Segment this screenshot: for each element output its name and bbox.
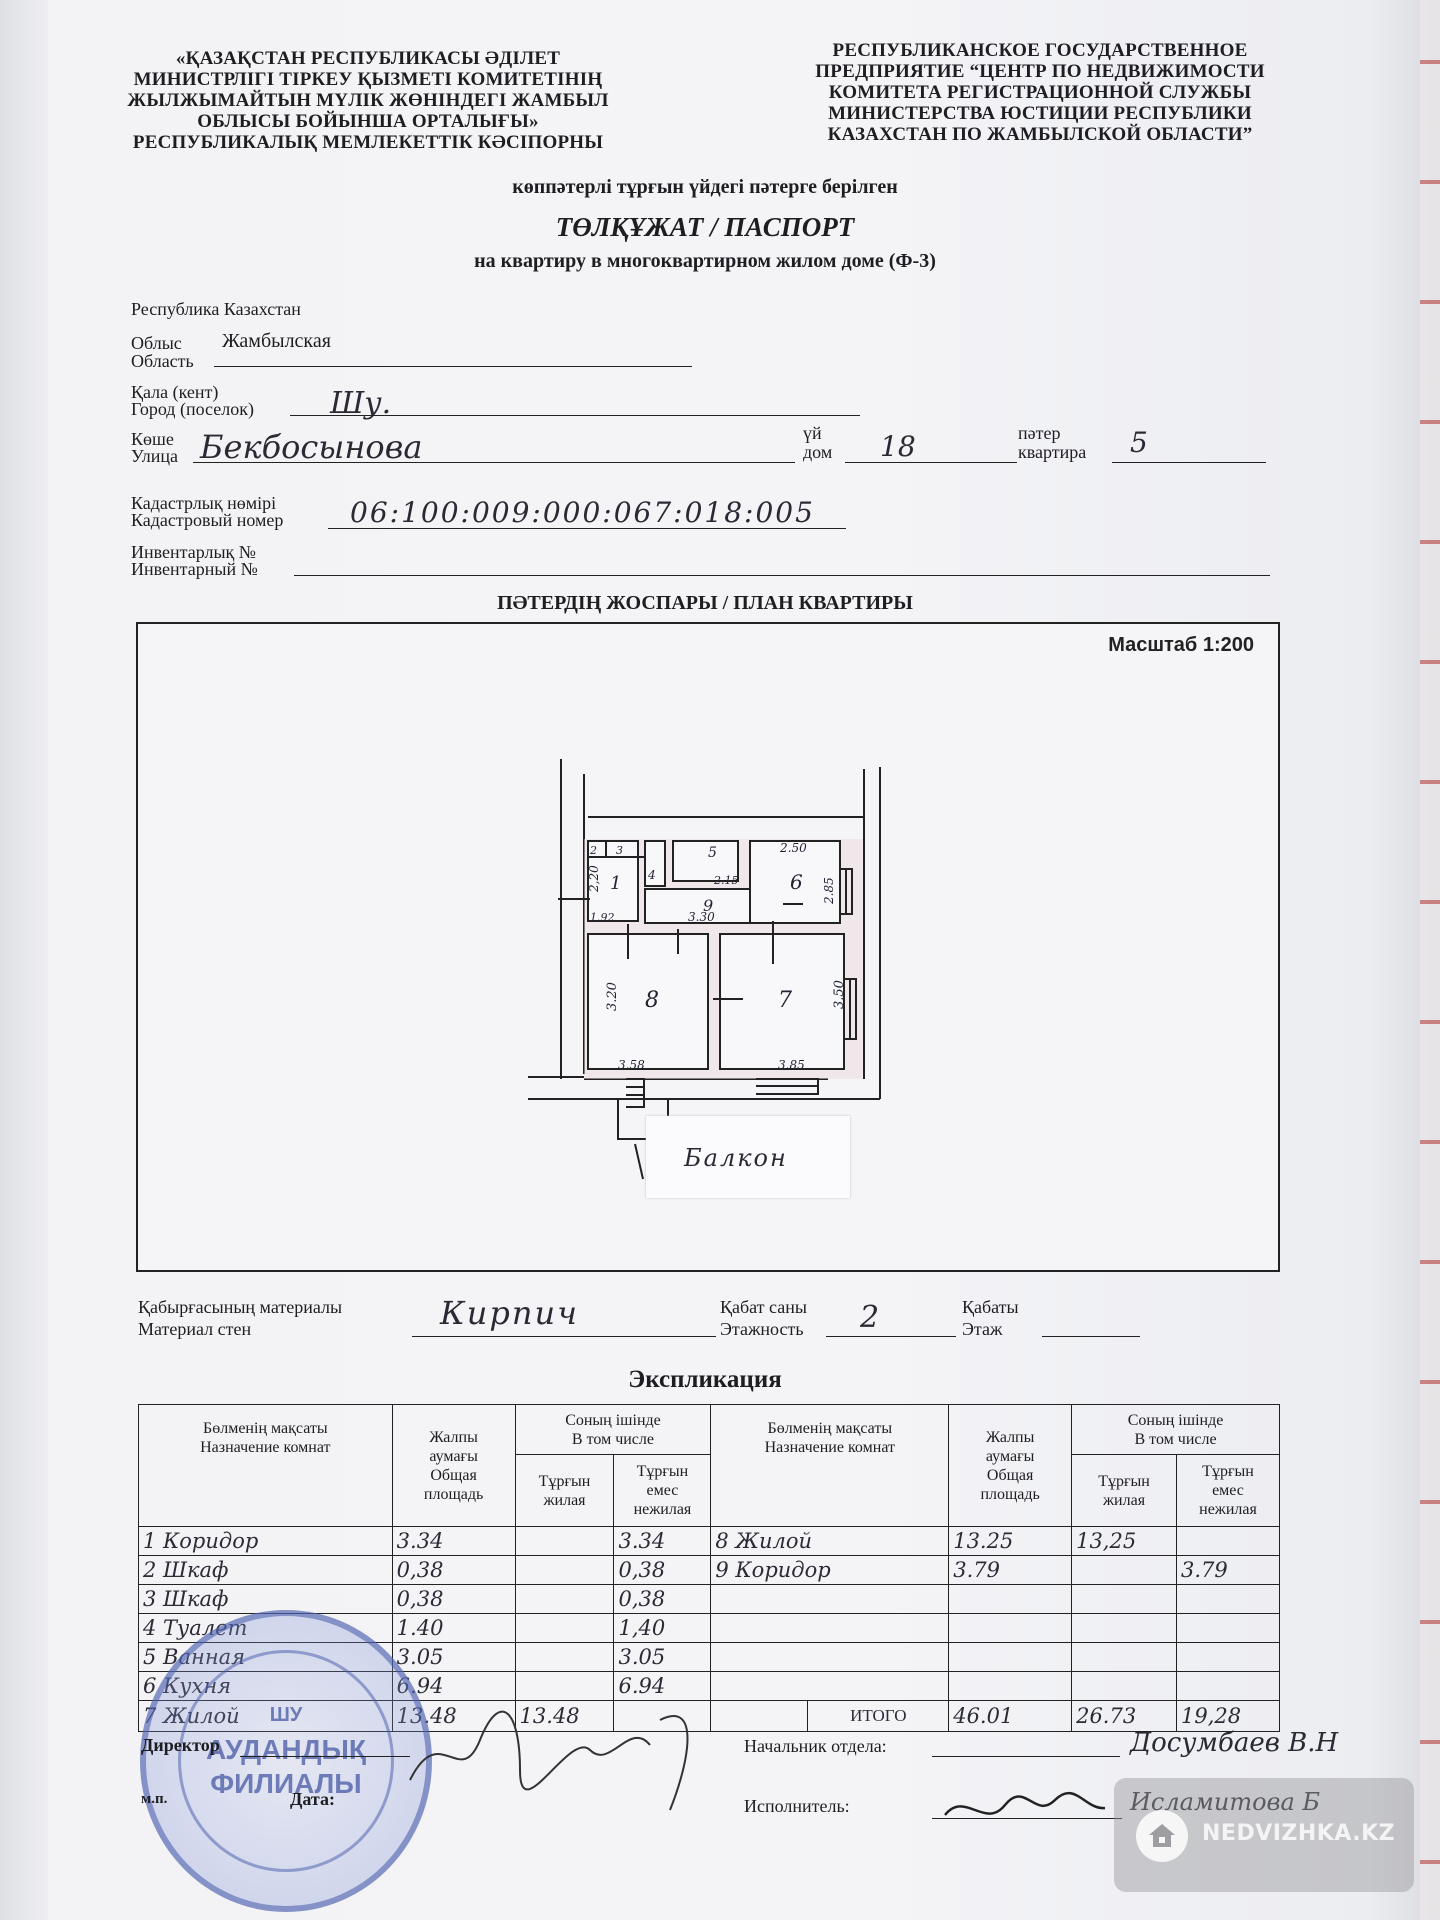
header-including: Соның ішінде В том числе	[515, 1405, 711, 1455]
apt-label-kz: пәтер	[1018, 424, 1060, 442]
cell-nonliving-area	[1177, 1643, 1280, 1672]
svg-text:3.30: 3.30	[688, 910, 715, 924]
header-right: РЕСПУБЛИКАНСКОЕ ГОСУДАРСТВЕННОЕ ПРЕДПРИЯ…	[800, 40, 1280, 145]
header-right-line: КАЗАХСТАН ПО ЖАМБЫЛСКОЙ ОБЛАСТИ”	[800, 124, 1280, 145]
floor-label-ru: Этаж	[962, 1320, 1002, 1338]
page-fold-edge	[0, 0, 48, 1920]
table-row: 1 Коридор3.343.348 Жилой13.2513,25	[139, 1527, 1280, 1556]
house-value: 18	[880, 430, 916, 463]
cell-room	[711, 1614, 949, 1643]
header-nonliving: Тұрғын емес нежилая	[614, 1455, 711, 1527]
plan-scale: Масштаб 1:200	[1108, 634, 1254, 657]
cell-living-area	[1072, 1672, 1177, 1701]
document-title: ТӨЛҚҰЖАТ / ПАСПОРТ	[0, 212, 1410, 243]
svg-text:3.85: 3.85	[778, 1058, 805, 1072]
total-label: ИТОГО	[808, 1701, 948, 1731]
cell-living-area	[1072, 1614, 1177, 1643]
floor-line	[1042, 1336, 1140, 1337]
header-right-line: МИНИСТЕРСТВА ЮСТИЦИИ РЕСПУБЛИКИ	[800, 103, 1280, 124]
head-of-department-name: Досумбаев В.Н	[1130, 1728, 1338, 1758]
header-left-line: ЖЫЛЖЫМАЙТЫН МҮЛІК ЖӨНІНДЕГІ ЖАМБЫЛ	[118, 90, 618, 111]
cell-living-area	[515, 1527, 614, 1556]
cell-nonliving-area: 3.05	[614, 1643, 711, 1672]
header-left-line: ОБЛЫСЫ БОЙЫНША ОРТАЛЫҒЫ»	[118, 111, 618, 132]
table-row: 2 Шкаф0,380,389 Коридор3.793.79	[139, 1556, 1280, 1585]
cell-nonliving-area	[1177, 1614, 1280, 1643]
wall-material-line	[412, 1336, 716, 1337]
title-subtitle-ru: на квартиру в многоквартирном жилом доме…	[0, 250, 1410, 273]
cell-nonliving-area: 6.94	[614, 1672, 711, 1701]
street-label-ru: Улица	[131, 447, 178, 465]
cadastral-value: 06:100:009:000:067:018:005	[350, 496, 815, 529]
header-living: Тұрғын жилая	[515, 1455, 614, 1527]
cell-living-area	[515, 1585, 614, 1614]
cell-nonliving-area: 0,38	[614, 1556, 711, 1585]
cell-total-area: 3.05	[392, 1643, 515, 1672]
svg-text:5: 5	[708, 845, 717, 861]
cell-room: 2 Шкаф	[139, 1556, 393, 1585]
cell-room: 1 Коридор	[139, 1527, 393, 1556]
inventory-label-ru: Инвентарный №	[131, 560, 258, 578]
svg-text:2,20: 2,20	[587, 865, 601, 893]
house-icon	[1148, 1822, 1176, 1848]
city-label-ru: Город (поселок)	[131, 400, 254, 418]
total-nonliving-sum: 19,28	[1177, 1701, 1280, 1732]
header-total-area: Жалпы аумағы Общая площадь	[949, 1405, 1072, 1527]
inventory-line	[294, 575, 1270, 576]
floors-value: 2	[860, 1300, 879, 1335]
director-label: Директор	[141, 1736, 220, 1754]
cell-nonliving-area	[1177, 1672, 1280, 1701]
cell-room	[711, 1643, 949, 1672]
watermark: NEDVIZHKA.KZ	[1114, 1778, 1414, 1892]
title-subtitle-kz: көппәтерлі тұрғын үйдегі пәтерге берілге…	[0, 176, 1410, 199]
svg-text:8: 8	[645, 988, 659, 1013]
plan-title: ПӘТЕРДІҢ ЖОСПАРЫ / ПЛАН КВАРТИРЫ	[0, 592, 1410, 615]
cell-total-area: 0,38	[392, 1556, 515, 1585]
cell-nonliving-area: 3.34	[614, 1527, 711, 1556]
cell-nonliving-area	[1177, 1585, 1280, 1614]
header-left-line: МИНИСТРЛІГІ ТІРКЕУ ҚЫЗМЕТІ КОМИТЕТІНІҢ	[118, 69, 618, 90]
house-label-ru: дом	[803, 443, 832, 461]
explication-title: Экспликация	[0, 1366, 1410, 1394]
cell-total-area	[949, 1672, 1072, 1701]
cell-total-area: 0,38	[392, 1585, 515, 1614]
cell-room	[711, 1672, 949, 1701]
svg-text:2: 2	[589, 844, 597, 857]
executor-signature	[935, 1780, 1115, 1840]
svg-text:3.50: 3.50	[832, 980, 847, 1009]
cell-room: 9 Коридор	[711, 1556, 949, 1585]
header-left-line: РЕСПУБЛИКАЛЫҚ МЕМЛЕКЕТТІК КӘСІПОРНЫ	[118, 132, 618, 153]
cell-living-area	[515, 1643, 614, 1672]
cell-nonliving-area: 0,38	[614, 1585, 711, 1614]
official-stamp: ШУ АУДАНДЫҚ ФИЛИАЛЫ	[140, 1610, 432, 1912]
cadastral-line	[328, 528, 846, 529]
cell-nonliving-area: 3.79	[1177, 1556, 1280, 1585]
cell-total-area: 3.79	[949, 1556, 1072, 1585]
wall-material-label-ru: Материал стен	[138, 1320, 251, 1338]
floors-line	[826, 1336, 956, 1337]
region-value: Жамбылская	[222, 330, 331, 353]
header-right-line: РЕСПУБЛИКАНСКОЕ ГОСУДАРСТВЕННОЕ	[800, 40, 1280, 61]
cell-room: 3 Шкаф	[139, 1585, 393, 1614]
cell-nonliving-area	[1177, 1527, 1280, 1556]
cell-living-area: 13,25	[1072, 1527, 1177, 1556]
balcony-note: Балкон	[684, 1144, 788, 1172]
stamp-text: ШУ	[146, 1704, 426, 1727]
header-nonliving: Тұрғын емес нежилая	[1177, 1455, 1280, 1527]
svg-text:6: 6	[790, 870, 803, 894]
header-right-line: ПРЕДПРИЯТИЕ “ЦЕНТР ПО НЕДВИЖИМОСТИ	[800, 61, 1280, 82]
table-row: 3 Шкаф0,380,38	[139, 1585, 1280, 1614]
plan-room-number: 1	[610, 873, 621, 894]
svg-text:4: 4	[647, 868, 656, 882]
mp-label: м.п.	[141, 1790, 167, 1808]
svg-text:2.85: 2.85	[822, 877, 836, 905]
executor-label: Исполнитель:	[744, 1797, 850, 1815]
date-label: Дата:	[290, 1790, 335, 1808]
street-line	[193, 462, 795, 463]
wall-material-value: Кирпич	[440, 1294, 579, 1332]
region-line	[214, 366, 692, 367]
director-signature	[400, 1700, 760, 1830]
header-left-line: «ҚАЗАҚСТАН РЕСПУБЛИКАСЫ ӘДІЛЕТ	[118, 48, 618, 69]
header-including: Соның ішінде В том числе	[1072, 1405, 1280, 1455]
header-purpose: Бөлменің мақсаты Назначение комнат	[711, 1405, 949, 1527]
svg-text:2.50: 2.50	[779, 841, 807, 855]
svg-text:3: 3	[616, 844, 623, 857]
house-label-kz: үй	[803, 424, 822, 442]
cell-living-area	[515, 1614, 614, 1643]
city-line	[290, 415, 860, 416]
background-edge	[1420, 0, 1440, 1920]
cell-room: 8 Жилой	[711, 1527, 949, 1556]
cell-total-area: 13.25	[949, 1527, 1072, 1556]
cell-room	[711, 1585, 949, 1614]
head-of-department-line	[932, 1756, 1120, 1757]
header-living: Тұрғын жилая	[1072, 1455, 1177, 1527]
header-total-area: Жалпы аумағы Общая площадь	[392, 1405, 515, 1527]
stamp-text: ФИЛИАЛЫ	[146, 1768, 426, 1800]
svg-text:7: 7	[778, 988, 792, 1013]
total-area-sum: 46.01	[949, 1701, 1072, 1732]
cell-living-area	[1072, 1643, 1177, 1672]
region-label-kz: Облыс	[131, 334, 182, 352]
cell-living-area	[515, 1556, 614, 1585]
header-purpose: Бөлменің мақсаты Назначение комнат	[139, 1405, 393, 1527]
floor-label-kz: Қабаты	[962, 1298, 1019, 1316]
cell-total-area	[949, 1643, 1072, 1672]
cell-total-area: 3.34	[392, 1527, 515, 1556]
cell-total-area	[949, 1614, 1072, 1643]
street-value: Бекбосынова	[200, 428, 422, 466]
floors-label-ru: Этажность	[720, 1320, 804, 1338]
header-left: «ҚАЗАҚСТАН РЕСПУБЛИКАСЫ ӘДІЛЕТ МИНИСТРЛІ…	[118, 48, 618, 153]
balcony-note-paper: Балкон	[646, 1116, 850, 1198]
head-of-department-label: Начальник отдела:	[744, 1737, 887, 1755]
svg-text:1.92: 1.92	[590, 911, 615, 924]
floors-label-kz: Қабат саны	[720, 1298, 807, 1316]
cadastral-label-ru: Кадастровый номер	[131, 511, 283, 529]
cell-total-area	[949, 1585, 1072, 1614]
cell-living-area	[1072, 1556, 1177, 1585]
header-right-line: КОМИТЕТА РЕГИСТРАЦИОННОЙ СЛУЖБЫ	[800, 82, 1280, 103]
cell-living-area	[515, 1672, 614, 1701]
cell-total-area: 1.40	[392, 1614, 515, 1643]
total-living-sum: 26.73	[1072, 1701, 1177, 1732]
apt-label-ru: квартира	[1018, 443, 1086, 461]
watermark-text: NEDVIZHKA.KZ	[1202, 1821, 1395, 1846]
floor-plan-box: Масштаб 1:200	[136, 622, 1280, 1272]
director-line	[240, 1756, 410, 1757]
svg-text:3.20: 3.20	[605, 982, 620, 1011]
apt-line	[1112, 462, 1266, 463]
wall-material-label-kz: Қабырғасының материалы	[138, 1298, 342, 1316]
house-line	[845, 462, 1017, 463]
svg-text:3.58: 3.58	[618, 1058, 645, 1072]
cell-living-area	[1072, 1585, 1177, 1614]
country-label: Республика Казахстан	[131, 300, 301, 318]
cell-nonliving-area: 1,40	[614, 1614, 711, 1643]
svg-text:2.15: 2.15	[713, 874, 739, 887]
apt-value: 5	[1130, 426, 1148, 459]
region-label-ru: Область	[131, 352, 194, 370]
